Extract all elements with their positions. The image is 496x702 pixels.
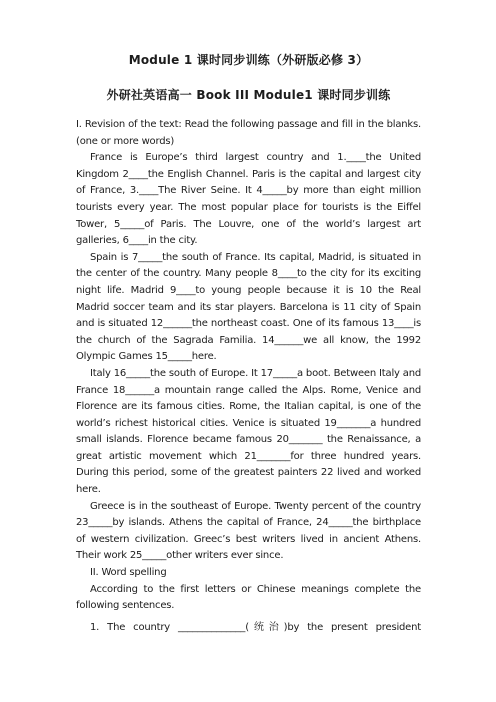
passage-para-spain: Spain is 7_____the south of France. Its … <box>76 250 421 366</box>
passage-para-france: France is Europe’s third largest country… <box>76 150 421 250</box>
section2-heading: II. Word spelling <box>76 565 421 582</box>
passage-para-italy: Italy 16_____the south of Europe. It 17_… <box>76 366 421 499</box>
doc-title: Module 1 课时同步训练（外研版必修 3） <box>76 52 421 68</box>
doc-body: I. Revision of the text: Read the follow… <box>76 117 421 636</box>
section2-instructions: According to the first letters or Chines… <box>76 582 421 615</box>
document-page: Module 1 课时同步训练（外研版必修 3） 外研社英语高一 Book II… <box>0 0 496 702</box>
passage-para-greece: Greece is in the southeast of Europe. Tw… <box>76 499 421 565</box>
doc-subtitle: 外研社英语高一 Book III Module1 课时同步训练 <box>76 87 421 103</box>
word-spelling-item-1: 1. The country ______________(统治)by the … <box>76 620 421 637</box>
section1-heading: I. Revision of the text: Read the follow… <box>76 117 421 150</box>
